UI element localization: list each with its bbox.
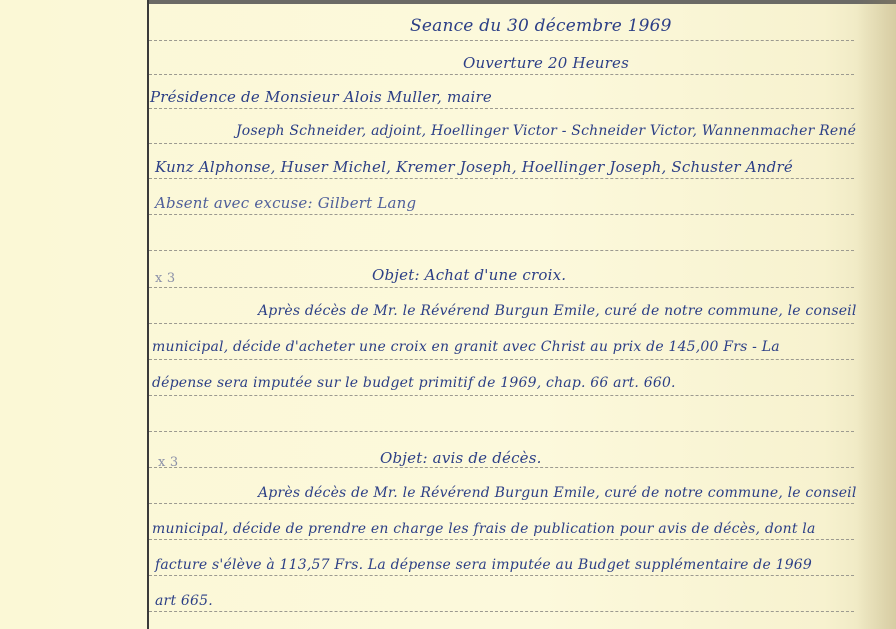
members-line-2: Kunz Alphonse, Huser Michel, Kremer Jose… [155,158,793,176]
page-binding-shadow [856,0,896,629]
ruled-line [149,359,854,360]
item-body-line: municipal, décide de prendre en charge l… [152,521,816,537]
ruled-line [149,214,854,215]
ruled-line [149,503,854,504]
item-body-line: dépense sera imputée sur le budget primi… [152,375,676,391]
ruled-line [149,575,854,576]
item-body-line: municipal, décide d'acheter une croix en… [152,339,780,355]
ruled-line [149,178,854,179]
item-body-line: facture s'élève à 113,57 Frs. La dépense… [155,557,812,573]
ruled-line [149,539,854,540]
item-object-title: Objet: avis de décès. [380,449,542,467]
ruled-line [149,108,854,109]
ruled-line [149,40,854,41]
members-line-1: Joseph Schneider, adjoint, Hoellinger Vi… [236,123,856,139]
margin-line [147,0,149,629]
item-body-line: Après décès de Mr. le Révérend Burgun Em… [258,303,857,319]
item-body-line: art 665. [155,593,213,609]
margin-note: x 3 [155,271,175,286]
ruled-line [149,395,854,396]
presidence-line: Présidence de Monsieur Alois Muller, mai… [150,88,492,106]
ledger-page: Seance du 30 décembre 1969 Ouverture 20 … [0,0,896,629]
item-body-line: Après décès de Mr. le Révérend Burgun Em… [258,485,857,501]
session-opening: Ouverture 20 Heures [463,54,629,72]
absent-line: Absent avec excuse: Gilbert Lang [155,194,416,212]
ruled-line [149,143,854,144]
ruled-line [149,611,854,612]
ruled-line [149,287,854,288]
session-title: Seance du 30 décembre 1969 [410,16,672,36]
margin-note: x 3 [158,455,178,470]
ruled-line [149,431,854,432]
page-top-edge [148,0,896,4]
item-object-title: Objet: Achat d'une croix. [372,266,566,284]
ruled-line [149,74,854,75]
ruled-line [149,323,854,324]
ruled-line [149,467,854,468]
ruled-line [149,250,854,251]
